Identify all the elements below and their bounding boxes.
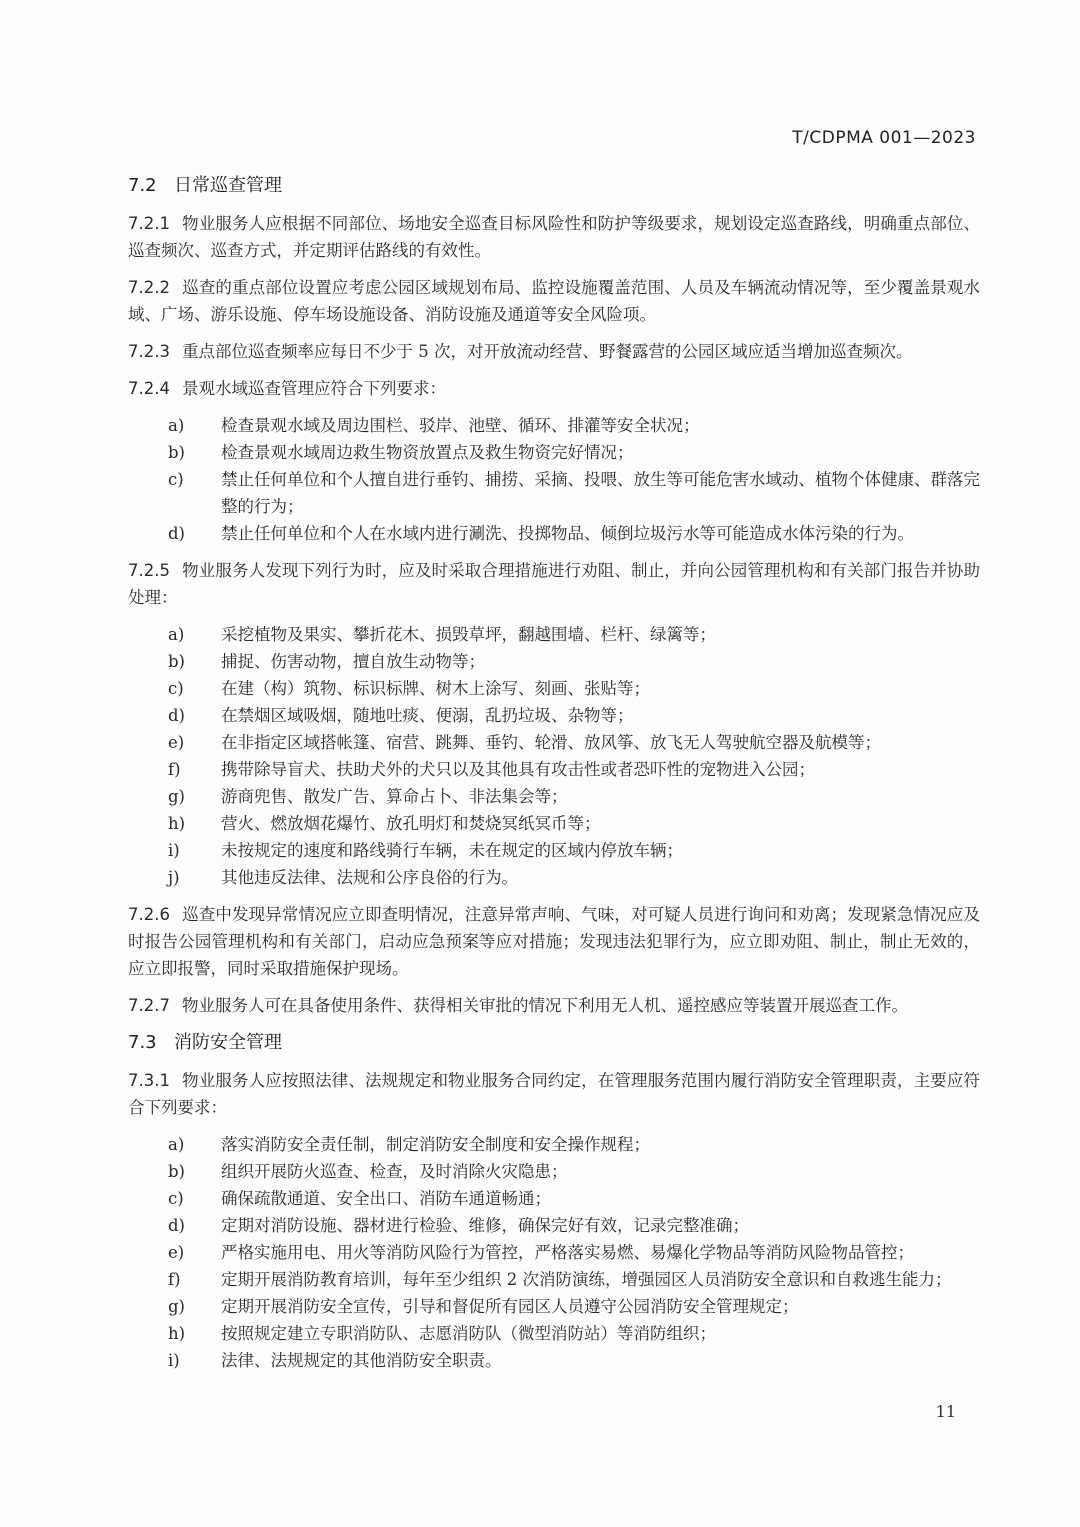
section-title: 消防安全管理	[174, 1032, 282, 1053]
list-item-text: 法律、法规规定的其他消防安全职责。	[221, 1351, 502, 1370]
list-item: d)在禁烟区域吸烟，随地吐痰、便溺，乱扔垃圾、杂物等；	[168, 702, 980, 729]
list-item-text: 采挖植物及果实、攀折花木、损毁草坪，翻越围墙、栏杆、绿篱等；	[221, 625, 716, 644]
list-item: a)落实消防安全责任制，制定消防安全制度和安全操作规程；	[168, 1131, 980, 1158]
list-item: j)其他违反法律、法规和公序良俗的行为。	[168, 864, 980, 891]
list-marker: c)	[168, 675, 184, 702]
section-number: 7.2	[128, 172, 174, 200]
list-item-text: 捕捉、伤害动物，擅自放生动物等；	[221, 652, 485, 671]
clause-number: 7.2.6	[128, 905, 170, 924]
list-item: h)按照规定建立专职消防队、志愿消防队（微型消防站）等消防组织；	[168, 1320, 980, 1347]
list-item: e)在非指定区域搭帐篷、宿营、跳舞、垂钓、轮滑、放风筝、放飞无人驾驶航空器及航模…	[168, 729, 980, 756]
clause-number: 7.2.5	[128, 561, 170, 580]
list-marker: e)	[168, 729, 184, 756]
list-item: b)组织开展防火巡查、检查，及时消除火灾隐患；	[168, 1158, 980, 1185]
section-number: 7.3	[128, 1029, 174, 1057]
list-item: b)捕捉、伤害动物，擅自放生动物等；	[168, 648, 980, 675]
list-item: f)携带除导盲犬、扶助犬外的犬只以及其他具有攻击性或者恐吓性的宠物进入公园；	[168, 756, 980, 783]
list-marker: h)	[168, 810, 185, 837]
list-item: d)禁止任何单位和个人在水域内进行涮洗、投掷物品、倾倒垃圾污水等可能造成水体污染…	[168, 520, 980, 547]
clause-7-2-6: 7.2.6巡查中发现异常情况应立即查明情况，注意异常声响、气味，对可疑人员进行询…	[128, 901, 980, 982]
page-number: 11	[936, 1402, 956, 1421]
list-marker: g)	[168, 783, 185, 810]
list-marker: a)	[168, 412, 184, 439]
list-item-text: 按照规定建立专职消防队、志愿消防队（微型消防站）等消防组织；	[221, 1324, 716, 1343]
clause-7-2-3: 7.2.3重点部位巡查频率应每日不少于 5 次，对开放流动经营、野餐露营的公园区…	[128, 338, 980, 365]
list-item-text: 营火、燃放烟花爆竹、放孔明灯和焚烧冥纸冥币等；	[221, 814, 601, 833]
list-item-text: 在建（构）筑物、标识标牌、树木上涂写、刻画、张贴等；	[221, 679, 650, 698]
list-item: a)采挖植物及果实、攀折花木、损毁草坪，翻越围墙、栏杆、绿篱等；	[168, 621, 980, 648]
clause-text: 物业服务人应按照法律、法规规定和物业服务合同约定，在管理服务范围内履行消防安全管…	[128, 1071, 980, 1117]
section-heading-7-2: 7.2日常巡查管理	[128, 172, 980, 200]
list-item: c)禁止任何单位和个人擅自进行垂钓、捕捞、采摘、投喂、放生等可能危害水域动、植物…	[168, 466, 980, 520]
list-marker: d)	[168, 520, 185, 547]
list-marker: c)	[168, 466, 184, 493]
clause-text: 物业服务人可在具备使用条件、获得相关审批的情况下利用无人机、遥控感应等装置开展巡…	[182, 996, 908, 1015]
clause-text: 巡查的重点部位设置应考虑公园区域规划布局、监控设施覆盖范围、人员及车辆流动情况等…	[128, 278, 980, 324]
list-item: a)检查景观水域及周边围栏、驳岸、池壁、循环、排灌等安全状况；	[168, 412, 980, 439]
list-item-text: 在非指定区域搭帐篷、宿营、跳舞、垂钓、轮滑、放风筝、放飞无人驾驶航空器及航模等；	[221, 733, 881, 752]
section-title: 日常巡查管理	[174, 175, 282, 196]
list-item: f)定期开展消防教育培训，每年至少组织 2 次消防演练，增强园区人员消防安全意识…	[168, 1266, 980, 1293]
clause-7-2-4: 7.2.4景观水域巡查管理应符合下列要求：	[128, 375, 980, 402]
list-item-text: 确保疏散通道、安全出口、消防车通道畅通；	[221, 1189, 551, 1208]
list-item-text: 定期对消防设施、器材进行检验、维修，确保完好有效，记录完整准确；	[221, 1216, 749, 1235]
document-code: T/CDPMA 001—2023	[792, 128, 976, 148]
list-item-text: 检查景观水域及周边围栏、驳岸、池壁、循环、排灌等安全状况；	[221, 416, 700, 435]
list-item-text: 未按规定的速度和路线骑行车辆，未在规定的区域内停放车辆；	[221, 841, 683, 860]
clause-text: 巡查中发现异常情况应立即查明情况，注意异常声响、气味，对可疑人员进行询问和劝离；…	[128, 905, 980, 978]
list-marker: f)	[168, 1266, 181, 1293]
section-heading-7-3: 7.3消防安全管理	[128, 1029, 980, 1057]
list-item-text: 定期开展消防教育培训，每年至少组织 2 次消防演练，增强园区人员消防安全意识和自…	[221, 1270, 952, 1289]
list-marker: a)	[168, 1131, 184, 1158]
list-marker: b)	[168, 648, 185, 675]
list-item-text: 在禁烟区域吸烟，随地吐痰、便溺，乱扔垃圾、杂物等；	[221, 706, 634, 725]
list-item-text: 禁止任何单位和个人擅自进行垂钓、捕捞、采摘、投喂、放生等可能危害水域动、植物个体…	[221, 470, 980, 516]
clause-number: 7.2.2	[128, 278, 170, 297]
list-item: h)营火、燃放烟花爆竹、放孔明灯和焚烧冥纸冥币等；	[168, 810, 980, 837]
list-marker: c)	[168, 1185, 184, 1212]
clause-7-3-1-list: a)落实消防安全责任制，制定消防安全制度和安全操作规程； b)组织开展防火巡查、…	[128, 1131, 980, 1374]
list-item: b)检查景观水域周边救生物资放置点及救生物资完好情况；	[168, 439, 980, 466]
list-marker: d)	[168, 702, 185, 729]
list-item: d)定期对消防设施、器材进行检验、维修，确保完好有效，记录完整准确；	[168, 1212, 980, 1239]
list-marker: e)	[168, 1239, 184, 1266]
clause-7-2-2: 7.2.2巡查的重点部位设置应考虑公园区域规划布局、监控设施覆盖范围、人员及车辆…	[128, 274, 980, 328]
clause-7-2-1: 7.2.1物业服务人应根据不同部位、场地安全巡查目标风险性和防护等级要求，规划设…	[128, 210, 980, 264]
list-marker: d)	[168, 1212, 185, 1239]
clause-text: 物业服务人发现下列行为时，应及时采取合理措施进行劝阻、制止，并向公园管理机构和有…	[128, 561, 980, 607]
list-marker: j)	[168, 864, 180, 891]
list-item: g)游商兜售、散发广告、算命占卜、非法集会等；	[168, 783, 980, 810]
list-marker: b)	[168, 1158, 185, 1185]
clause-number: 7.3.1	[128, 1071, 170, 1090]
clause-text: 重点部位巡查频率应每日不少于 5 次，对开放流动经营、野餐露营的公园区域应适当增…	[182, 342, 913, 361]
list-item-text: 组织开展防火巡查、检查，及时消除火灾隐患；	[221, 1162, 568, 1181]
clause-7-2-7: 7.2.7物业服务人可在具备使用条件、获得相关审批的情况下利用无人机、遥控感应等…	[128, 992, 980, 1019]
list-item-text: 携带除导盲犬、扶助犬外的犬只以及其他具有攻击性或者恐吓性的宠物进入公园；	[221, 760, 815, 779]
list-item: g)定期开展消防安全宣传，引导和督促所有园区人员遵守公园消防安全管理规定；	[168, 1293, 980, 1320]
list-marker: f)	[168, 756, 181, 783]
list-item: c)在建（构）筑物、标识标牌、树木上涂写、刻画、张贴等；	[168, 675, 980, 702]
list-marker: b)	[168, 439, 185, 466]
clause-text: 物业服务人应根据不同部位、场地安全巡查目标风险性和防护等级要求，规划设定巡查路线…	[128, 214, 980, 260]
list-item: i)法律、法规规定的其他消防安全职责。	[168, 1347, 980, 1374]
list-marker: i)	[168, 1347, 180, 1374]
list-item-text: 定期开展消防安全宣传，引导和督促所有园区人员遵守公园消防安全管理规定；	[221, 1297, 799, 1316]
list-marker: h)	[168, 1320, 185, 1347]
list-item-text: 落实消防安全责任制，制定消防安全制度和安全操作规程；	[221, 1135, 650, 1154]
list-item: i)未按规定的速度和路线骑行车辆，未在规定的区域内停放车辆；	[168, 837, 980, 864]
list-marker: g)	[168, 1293, 185, 1320]
list-item-text: 禁止任何单位和个人在水域内进行涮洗、投掷物品、倾倒垃圾污水等可能造成水体污染的行…	[221, 524, 914, 543]
list-item-text: 其他违反法律、法规和公序良俗的行为。	[221, 868, 518, 887]
clause-7-2-5-list: a)采挖植物及果实、攀折花木、损毁草坪，翻越围墙、栏杆、绿篱等； b)捕捉、伤害…	[128, 621, 980, 891]
list-marker: a)	[168, 621, 184, 648]
list-item: e)严格实施用电、用火等消防风险行为管控，严格落实易燃、易爆化学物品等消防风险物…	[168, 1239, 980, 1266]
list-marker: i)	[168, 837, 180, 864]
clause-text: 景观水域巡查管理应符合下列要求：	[182, 379, 446, 398]
list-item: c)确保疏散通道、安全出口、消防车通道畅通；	[168, 1185, 980, 1212]
clause-number: 7.2.1	[128, 214, 170, 233]
clause-number: 7.2.3	[128, 342, 170, 361]
clause-7-2-4-list: a)检查景观水域及周边围栏、驳岸、池壁、循环、排灌等安全状况； b)检查景观水域…	[128, 412, 980, 547]
page-content: 7.2日常巡查管理 7.2.1物业服务人应根据不同部位、场地安全巡查目标风险性和…	[128, 172, 980, 1384]
clause-number: 7.2.7	[128, 996, 170, 1015]
clause-7-2-5: 7.2.5物业服务人发现下列行为时，应及时采取合理措施进行劝阻、制止，并向公园管…	[128, 557, 980, 611]
list-item-text: 严格实施用电、用火等消防风险行为管控，严格落实易燃、易爆化学物品等消防风险物品管…	[221, 1243, 914, 1262]
list-item-text: 检查景观水域周边救生物资放置点及救生物资完好情况；	[221, 443, 634, 462]
clause-7-3-1: 7.3.1物业服务人应按照法律、法规规定和物业服务合同约定，在管理服务范围内履行…	[128, 1067, 980, 1121]
clause-number: 7.2.4	[128, 379, 170, 398]
list-item-text: 游商兜售、散发广告、算命占卜、非法集会等；	[221, 787, 568, 806]
